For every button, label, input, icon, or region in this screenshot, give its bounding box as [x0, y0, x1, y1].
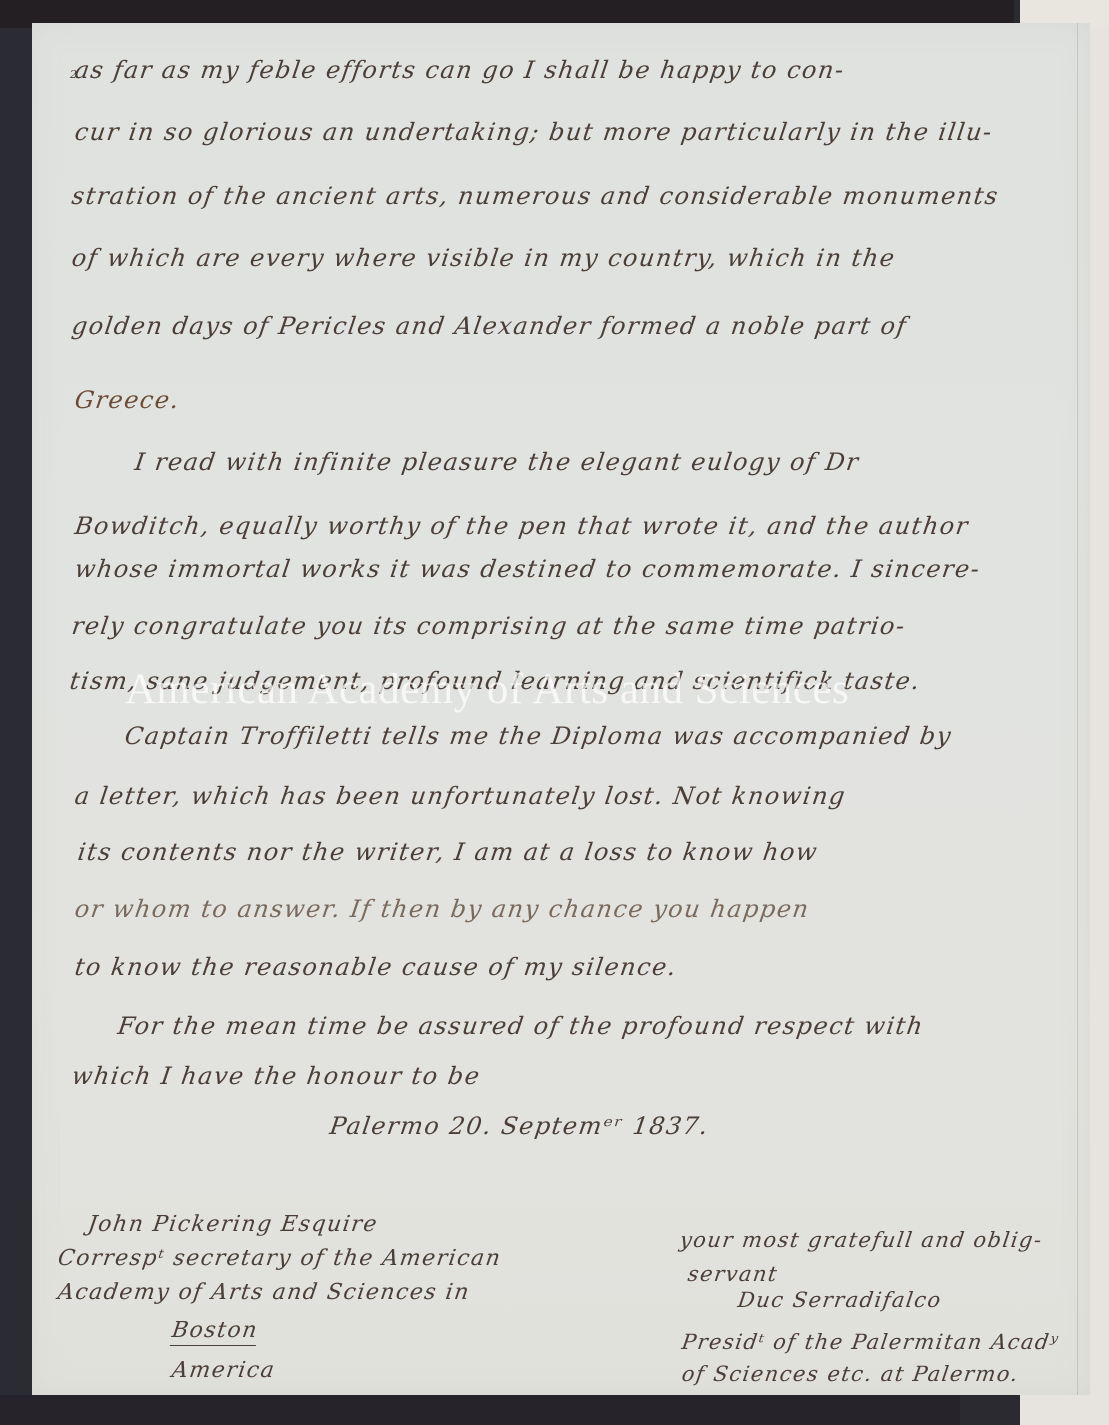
letter-line-8: Bowditch, equally worthy of the pen that…: [73, 512, 971, 540]
closing-line-1: your most gratefull and oblig-: [678, 1228, 1044, 1252]
address-line-5: America: [170, 1358, 277, 1383]
letter-line-5: golden days of Pericles and Alexander fo…: [70, 312, 909, 340]
dateline: Palermo 20. Septemᵉʳ 1837.: [328, 1112, 711, 1140]
letter-line-14: its contents nor the writer, I am at a l…: [76, 838, 820, 866]
closing-line-5: of Sciences etc. at Palermo.: [680, 1362, 1020, 1386]
scan-background-left: [0, 0, 33, 1425]
letter-line-13: a letter, which has been unfortunately l…: [73, 782, 848, 810]
address-line-3: Academy of Arts and Sciences in: [56, 1280, 471, 1305]
address-line-1: John Pickering Esquire: [86, 1212, 379, 1237]
letter-line-16: to know the reasonable cause of my silen…: [73, 953, 679, 981]
closing-line-4: Presidᵗ of the Palermitan Acadʸ: [680, 1330, 1060, 1354]
scan-background-bottom: [0, 1395, 960, 1425]
letter-line-11: tism, sane judgement, profound learning …: [68, 667, 923, 695]
letter-line-6: Greece.: [73, 386, 182, 414]
letter-line-18: which I have the honour to be: [70, 1062, 482, 1090]
address-city: Boston: [170, 1318, 260, 1346]
closing-line-2: servant: [686, 1262, 779, 1286]
signature: Duc Serradifalco: [736, 1288, 943, 1312]
letter-line-3: stration of the ancient arts, numerous a…: [70, 182, 1001, 210]
letter-line-9: whose immortal works it was destined to …: [73, 555, 982, 583]
address-line-2: Correspᵗ secretary of the American: [56, 1246, 503, 1271]
letter-page: 2: [32, 23, 1090, 1395]
letter-line-17: For the mean time be assured of the prof…: [116, 1012, 926, 1040]
letter-line-10: rely congratulate you its comprising at …: [70, 612, 908, 640]
letter-line-4: of which are every where visible in my c…: [70, 244, 897, 272]
address-line-4: Boston: [170, 1318, 259, 1343]
letter-line-15: or whom to answer. If then by any chance…: [73, 895, 812, 923]
letter-line-1: as far as my feble efforts can go I shal…: [73, 56, 847, 84]
letter-line-2: cur in so glorious an undertaking; but m…: [73, 118, 995, 146]
letter-line-7: I read with infinite pleasure the elegan…: [133, 448, 861, 476]
letter-line-12: Captain Troffiletti tells me the Diploma…: [123, 722, 954, 750]
